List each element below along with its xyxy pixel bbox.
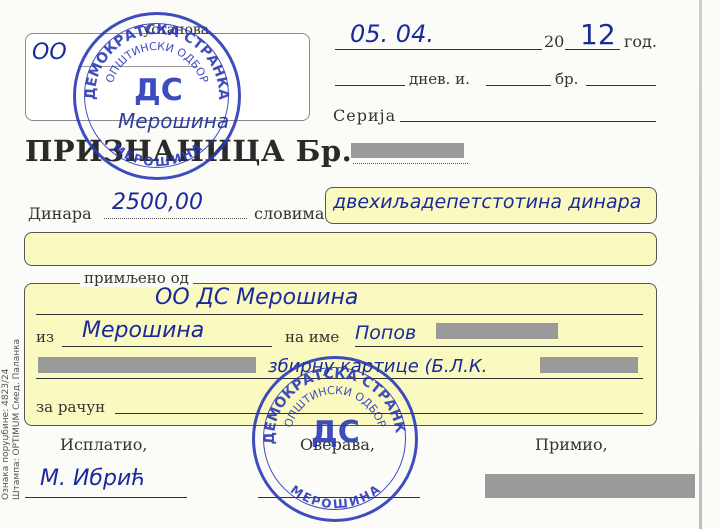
date-value: 05. 04. [350, 20, 434, 48]
paper-edge [699, 0, 702, 529]
printer-order-mark: Ознака поруџбине: 4823/24 [1, 369, 11, 501]
paid-signature: М. Ибрић [40, 466, 146, 491]
year-suffix: 12 [580, 18, 616, 51]
amount-words-label: словима [254, 204, 324, 223]
svg-text:МЕРОШИНА: МЕРОШИНА [110, 140, 205, 169]
journal-number-line [586, 85, 656, 86]
stamp-top: ДЕМОКРАТСКА СТРАНКА ОПШТИНСКИ ОДБОР МЕРО… [73, 12, 241, 180]
year-label: год. [624, 32, 657, 51]
from-label: из [36, 328, 54, 346]
stamp-bottom-logo: ДС [311, 415, 360, 450]
basis-redaction [38, 357, 256, 373]
amount-value: 2500,00 [112, 190, 203, 215]
amount-words-value: двехиљадепетстотина динара [333, 191, 641, 213]
stamp-top-logo: ДС [134, 73, 183, 108]
year-prefix: 20 [544, 32, 564, 51]
paid-label: Исплатио, [60, 435, 148, 454]
date-line [335, 49, 542, 50]
name-redaction [436, 323, 558, 339]
stamp-bottom: ДЕМОКРАТСКА СТРАНКА ОПШТИНСКИ ОДБОР МЕРО… [252, 356, 418, 522]
received-signature-redaction [485, 474, 695, 498]
series-line [400, 121, 656, 122]
institution-value: OO [32, 40, 67, 65]
paid-signature-line [25, 497, 187, 498]
journal-day-label: днев. и. [409, 70, 470, 88]
year-line [565, 49, 620, 50]
document-number-line [353, 163, 468, 164]
journal-i-line [486, 85, 551, 86]
amount-label: Динара [28, 204, 92, 223]
name-line [355, 346, 643, 347]
id-card-redaction [540, 357, 638, 373]
name-value: Попов [355, 322, 416, 344]
printer-print: Штампа: OPTIMUM Смед. Паланка [12, 339, 22, 500]
svg-text:МЕРОШИНА: МЕРОШИНА [288, 482, 383, 511]
account-label: за рачун [36, 398, 105, 416]
name-label: на име [285, 328, 339, 346]
document-number-redaction [351, 143, 464, 158]
stamp-top-signature: Мерошина [118, 109, 229, 133]
amount-line [104, 218, 247, 219]
amount-words-continuation-box [24, 232, 657, 266]
received-from-line [36, 314, 643, 315]
journal-day-line [335, 85, 405, 86]
from-line [62, 346, 272, 347]
received-label: Примио, [535, 435, 608, 454]
series-label: Серија [333, 106, 396, 125]
journal-number-label: бр. [555, 70, 578, 88]
from-value: Мерошина [82, 318, 204, 343]
received-from-value: OO ДС Мерошина [155, 285, 358, 310]
